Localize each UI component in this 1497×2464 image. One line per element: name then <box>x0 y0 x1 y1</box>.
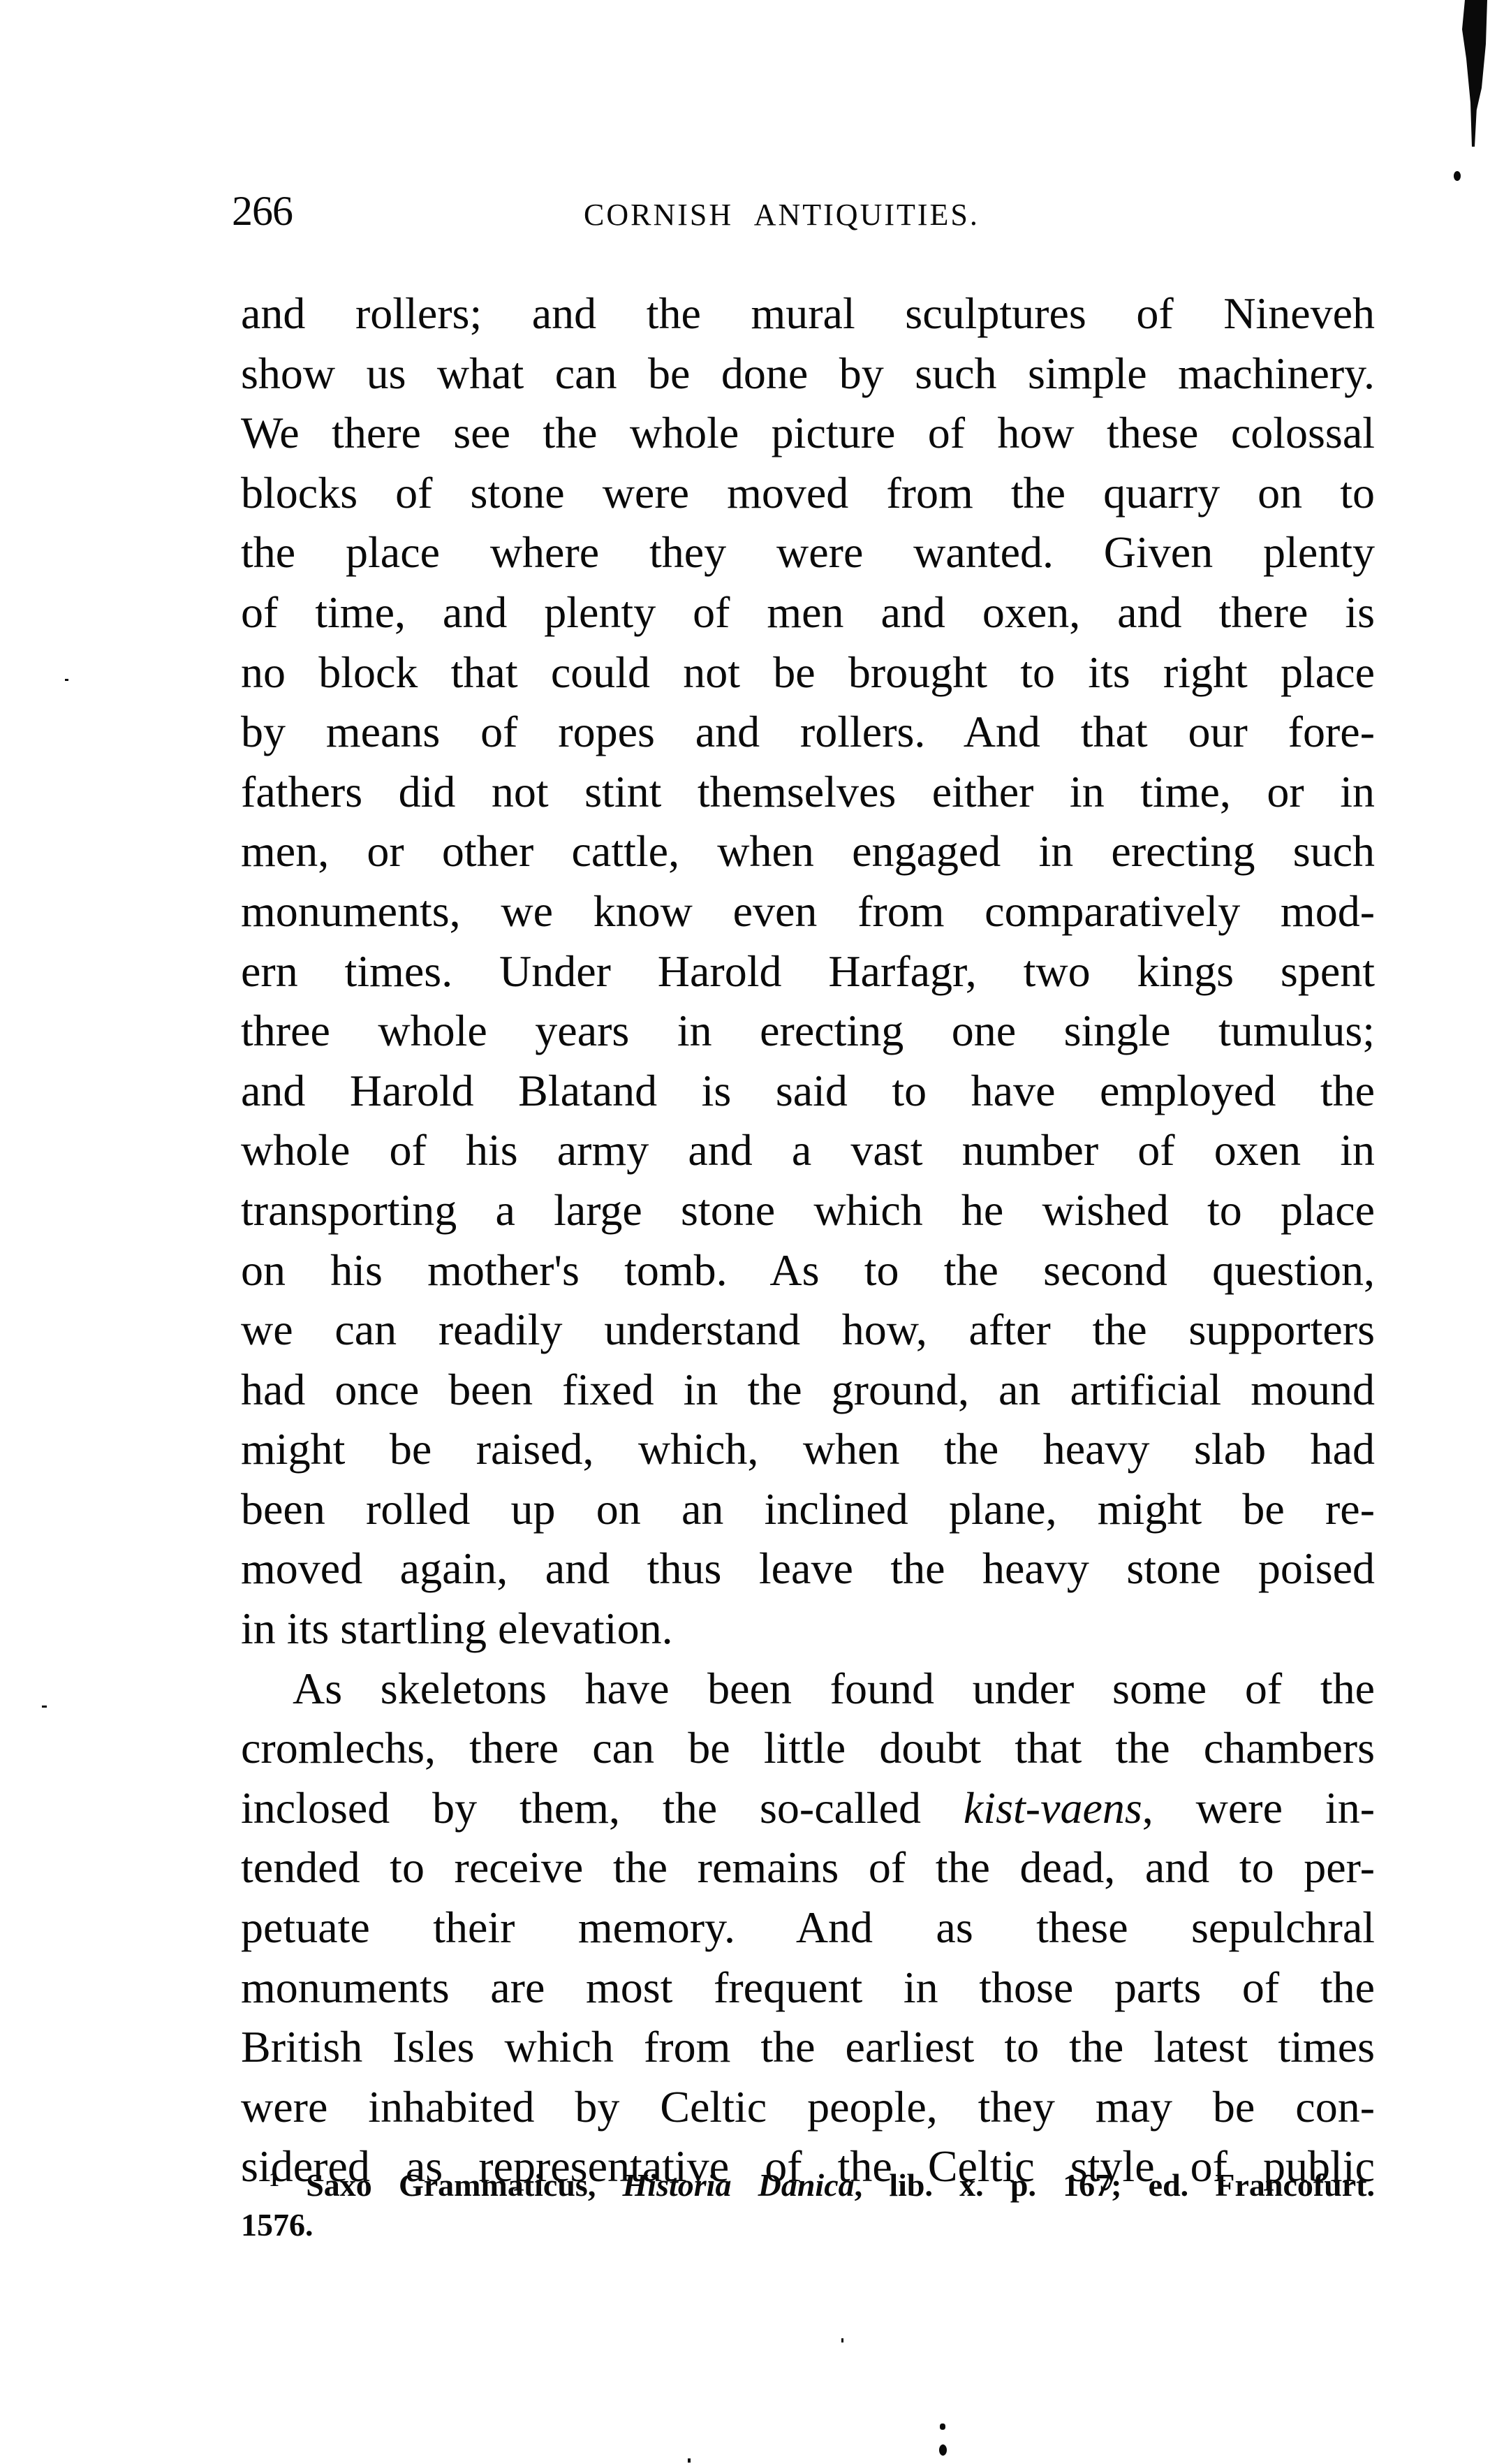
text-line: might be raised, which, when the heavy s… <box>241 1419 1375 1479</box>
footnote-line: 1 Saxo Grammaticus, Historia Danica, lib… <box>241 2165 1375 2205</box>
paragraph-end-line: in its startling elevation. <box>241 1599 1375 1659</box>
text-line: monuments, we know even from comparative… <box>241 881 1375 941</box>
text-line: and Harold Blatand is said to have emplo… <box>241 1061 1375 1121</box>
scan-edge-artifact <box>1459 0 1487 147</box>
text-segment: , were in- <box>1142 1783 1375 1833</box>
footnote: 1 Saxo Grammaticus, Historia Danica, lib… <box>241 2165 1375 2245</box>
text-line: were inhabited by Celtic people, they ma… <box>241 2077 1375 2137</box>
text-line: tended to receive the remains of the dea… <box>241 1838 1375 1898</box>
text-line: whole of his army and a vast number of o… <box>241 1120 1375 1180</box>
text-line: men, or other cattle, when engaged in er… <box>241 821 1375 881</box>
scan-speck <box>65 679 68 681</box>
running-head: 266 CORNISH ANTIQUITIES. <box>232 183 1377 239</box>
footnote-continuation: 1576. <box>241 2205 1375 2245</box>
footnote-citation: , lib. x. p. 167; ed. Francofurt. <box>855 2167 1375 2203</box>
text-line: transporting a large stone which he wish… <box>241 1180 1375 1240</box>
text-line: show us what can be done by such simple … <box>241 344 1375 404</box>
text-line: ern times. Under Harold Harfagr, two kin… <box>241 941 1375 1002</box>
footnote-title: Historia Danica <box>623 2167 855 2203</box>
scan-speck <box>841 2338 843 2342</box>
scan-speck <box>1454 171 1461 181</box>
text-line: we can readily understand how, after the… <box>241 1300 1375 1360</box>
text-line: three whole years in erecting one single… <box>241 1001 1375 1061</box>
text-line: moved again, and thus leave the heavy st… <box>241 1539 1375 1599</box>
footnote-author: Saxo Grammaticus, <box>306 2167 622 2203</box>
text-line: fathers did not stint themselves either … <box>241 762 1375 822</box>
text-line: the place where they were wanted. Given … <box>241 522 1375 582</box>
text-line: by means of ropes and rollers. And that … <box>241 702 1375 762</box>
text-line: petuate their memory. And as these sepul… <box>241 1898 1375 1958</box>
paragraph-start-line: As skeletons have been found under some … <box>241 1659 1375 1719</box>
footnote-marker: 1 <box>269 2168 279 2191</box>
scan-speck <box>42 1706 47 1708</box>
scan-speck <box>939 2444 947 2456</box>
text-line: We there see the whole picture of how th… <box>241 403 1375 463</box>
text-line: no block that could not be brought to it… <box>241 643 1375 703</box>
italic-term: kist-vaens <box>964 1783 1142 1833</box>
text-line: had once been fixed in the ground, an ar… <box>241 1360 1375 1420</box>
page-number: 266 <box>232 183 293 239</box>
text-line: been rolled up on an inclined plane, mig… <box>241 1479 1375 1539</box>
text-line: and rollers; and the mural sculptures of… <box>241 284 1375 344</box>
text-line: British Isles which from the earliest to… <box>241 2017 1375 2077</box>
scan-speck <box>940 2423 945 2430</box>
text-segment: inclosed by them, the so-called <box>241 1783 964 1833</box>
text-line: monuments are most frequent in those par… <box>241 1958 1375 2018</box>
text-line-with-italic: inclosed by them, the so-called kist-vae… <box>241 1778 1375 1838</box>
body-text: and rollers; and the mural sculptures of… <box>241 284 1375 2197</box>
scan-speck <box>688 2458 691 2463</box>
running-title: CORNISH ANTIQUITIES. <box>584 187 980 243</box>
text-line: of time, and plenty of men and oxen, and… <box>241 582 1375 643</box>
text-line: blocks of stone were moved from the quar… <box>241 463 1375 523</box>
book-page: 266 CORNISH ANTIQUITIES. and rollers; an… <box>0 0 1497 2464</box>
text-line: on his mother's tomb. As to the second q… <box>241 1240 1375 1300</box>
text-line: cromlechs, there can be little doubt tha… <box>241 1718 1375 1778</box>
